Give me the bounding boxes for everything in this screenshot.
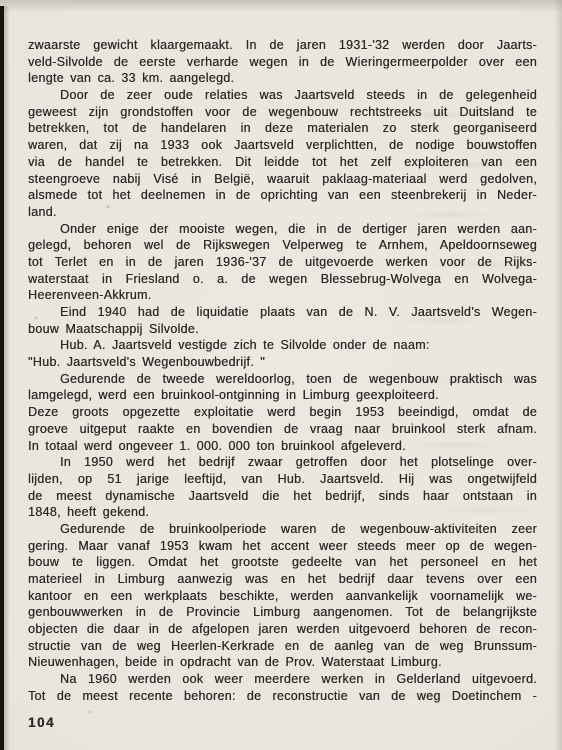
text-line: Gedurende de bruinkoolperiode waren de w…: [28, 521, 537, 538]
text-block: zwaarste gewicht klaargemaakt. In de jar…: [28, 37, 537, 705]
text-line: genbouwwerken in de Provincie Limburg aa…: [28, 604, 537, 621]
text-line: alsmede tot het deelnemen in de oprichti…: [28, 187, 537, 204]
page-number: 104: [28, 715, 55, 730]
text-line: Door de zeer oude relaties was Jaartsvel…: [28, 87, 537, 104]
text-line: bouw Maatschappij Silvolde.: [28, 321, 537, 338]
text-line: Gedurende de tweede wereldoorlog, toen d…: [28, 371, 537, 388]
text-line: kantoor en een werkplaats beschikte, wer…: [28, 588, 537, 605]
text-line: lamgelegd, werd een bruinkool-ontginning…: [28, 387, 537, 404]
text-line: land.: [28, 204, 537, 221]
scanned-book-page: zwaarste gewicht klaargemaakt. In de jar…: [0, 0, 562, 750]
text-line: lijden, op 51 jarige leeftijd, van Hub. …: [28, 471, 537, 488]
text-line: Nieuwenhagen, beide in opdracht van de P…: [28, 654, 537, 671]
scan-edge-right: [554, 0, 562, 750]
text-line: In 1950 werd het bedrijf zwaar getroffen…: [28, 454, 537, 471]
paragraph: Na 1960 werden ook weer meerdere werken …: [28, 671, 537, 704]
text-line: steengroeve nabij Visé in België, waarui…: [28, 171, 537, 188]
text-line: Hub. A. Jaartsveld vestigde zich te Silv…: [28, 337, 537, 354]
text-line: structie van de weg Heerlen-Kerkrade en …: [28, 638, 537, 655]
text-line: Eind 1940 had de liquidatie plaats van d…: [28, 304, 537, 321]
text-line: gelegd, behoren wel de Rijkswegen Velper…: [28, 237, 537, 254]
text-line: veld-Silvolde de eerste verharde wegen i…: [28, 54, 537, 71]
paragraph: Onder enige der mooiste wegen, die in de…: [28, 221, 537, 304]
paragraph: Eind 1940 had de liquidatie plaats van d…: [28, 304, 537, 337]
text-line: bouw te liggen. Omdat het grootste gedee…: [28, 554, 537, 571]
text-line: materieel in Limburg aanwezig was en het…: [28, 571, 537, 588]
text-line: gering. Maar vanaf 1953 kwam het accent …: [28, 538, 537, 555]
text-line: waterstaat in Friesland o. a. de wegen B…: [28, 271, 537, 288]
paragraph: zwaarste gewicht klaargemaakt. In de jar…: [28, 37, 537, 87]
scan-edge-top: [0, 0, 562, 12]
paragraph: In 1950 werd het bedrijf zwaar getroffen…: [28, 454, 537, 521]
text-line: Deze groots opgezette exploitatie werd b…: [28, 404, 537, 421]
text-line: 1848, heeft gekend.: [28, 504, 537, 521]
text-line: waren, dat zij na 1933 ook Jaartsveld ve…: [28, 137, 537, 154]
text-line: betrekken, tot de handelaren in deze mat…: [28, 120, 537, 137]
text-line: de meest dynamische Jaartsveld die het b…: [28, 488, 537, 505]
text-line: "Hub. Jaartsveld's Wegenbouwbedrijf. ": [28, 354, 537, 371]
text-line: groeve uitgeput raakte en bovendien de v…: [28, 421, 537, 438]
paragraph: Gedurende de tweede wereldoorlog, toen d…: [28, 371, 537, 454]
text-line: zwaarste gewicht klaargemaakt. In de jar…: [28, 37, 537, 54]
text-line: lengte van ca. 33 km. aangelegd.: [28, 70, 537, 87]
scan-edge-left: [0, 6, 4, 750]
paragraph: Door de zeer oude relaties was Jaartsvel…: [28, 87, 537, 221]
paragraph: Gedurende de bruinkoolperiode waren de w…: [28, 521, 537, 671]
text-line: Onder enige der mooiste wegen, die in de…: [28, 221, 537, 238]
text-line: In totaal werd ongeveer 1. 000. 000 ton …: [28, 438, 537, 455]
text-line: geweest zijn grondstoffen voor de wegenb…: [28, 104, 537, 121]
text-line: tot Terlet en in de jaren 1936-'37 de ui…: [28, 254, 537, 271]
text-line: Heerenveen-Akkrum.: [28, 287, 537, 304]
text-line: objecten die daar in de afgelopen jaren …: [28, 621, 537, 638]
text-line: via de handel te betrekken. Dit leidde t…: [28, 154, 537, 171]
paragraph: Hub. A. Jaartsveld vestigde zich te Silv…: [28, 337, 537, 370]
text-line: Na 1960 werden ook weer meerdere werken …: [28, 671, 537, 688]
text-line: Tot de meest recente behoren: de reconst…: [28, 688, 537, 705]
